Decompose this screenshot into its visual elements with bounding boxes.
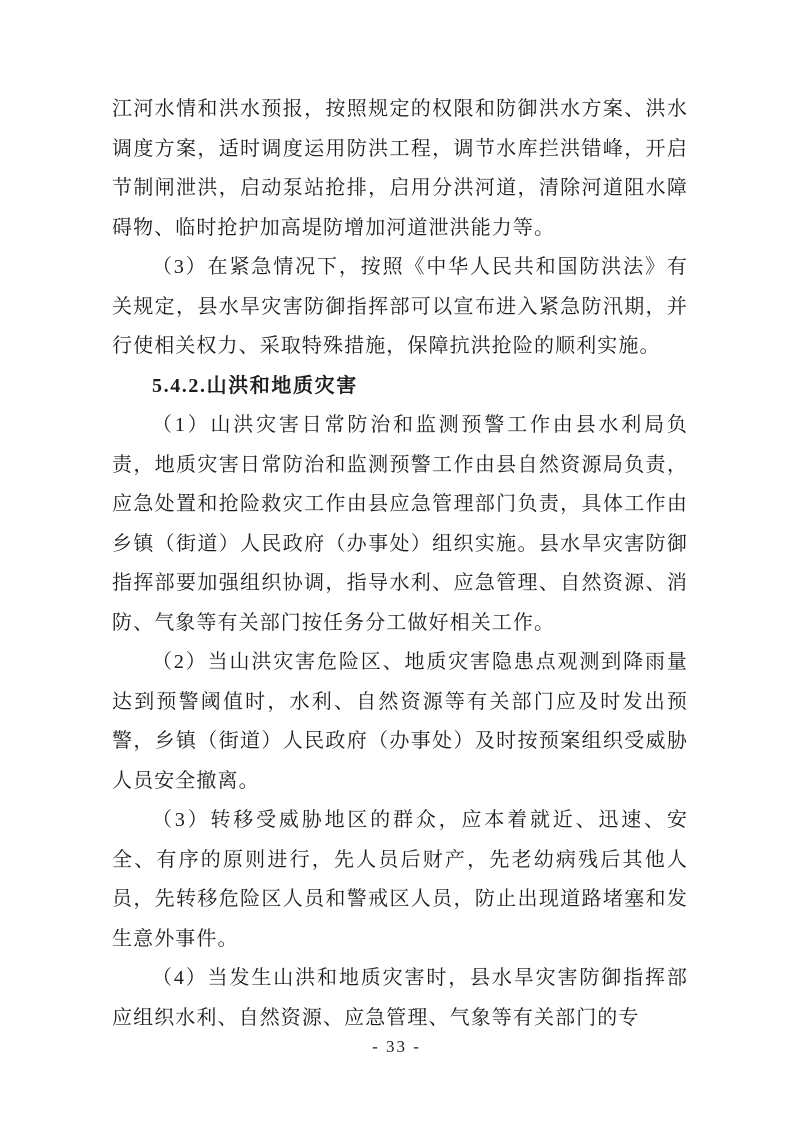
section-heading: 5.4.2.山洪和地质灾害	[112, 367, 688, 407]
paragraph: （3）转移受威胁地区的群众，应本着就近、迅速、安全、有序的原则进行，先人员后财产…	[112, 801, 688, 959]
document-text-block: 江河水情和洪水预报，按照规定的权限和防御洪水方案、洪水调度方案，适时调度运用防洪…	[112, 90, 688, 1038]
paragraph: （3）在紧急情况下，按照《中华人民共和国防洪法》有关规定，县水旱灾害防御指挥部可…	[112, 248, 688, 367]
paragraph: （2）当山洪灾害危险区、地质灾害隐患点观测到降雨量达到预警阈值时，水利、自然资源…	[112, 643, 688, 801]
paragraph: （1）山洪灾害日常防治和监测预警工作由县水利局负责，地质灾害日常防治和监测预警工…	[112, 406, 688, 643]
document-page: 江河水情和洪水预报，按照规定的权限和防御洪水方案、洪水调度方案，适时调度运用防洪…	[0, 0, 793, 1122]
paragraph: （4）当发生山洪和地质灾害时，县水旱灾害防御指挥部应组织水利、自然资源、应急管理…	[112, 959, 688, 1038]
page-number: - 33 -	[0, 1034, 793, 1060]
paragraph: 江河水情和洪水预报，按照规定的权限和防御洪水方案、洪水调度方案，适时调度运用防洪…	[112, 90, 688, 248]
